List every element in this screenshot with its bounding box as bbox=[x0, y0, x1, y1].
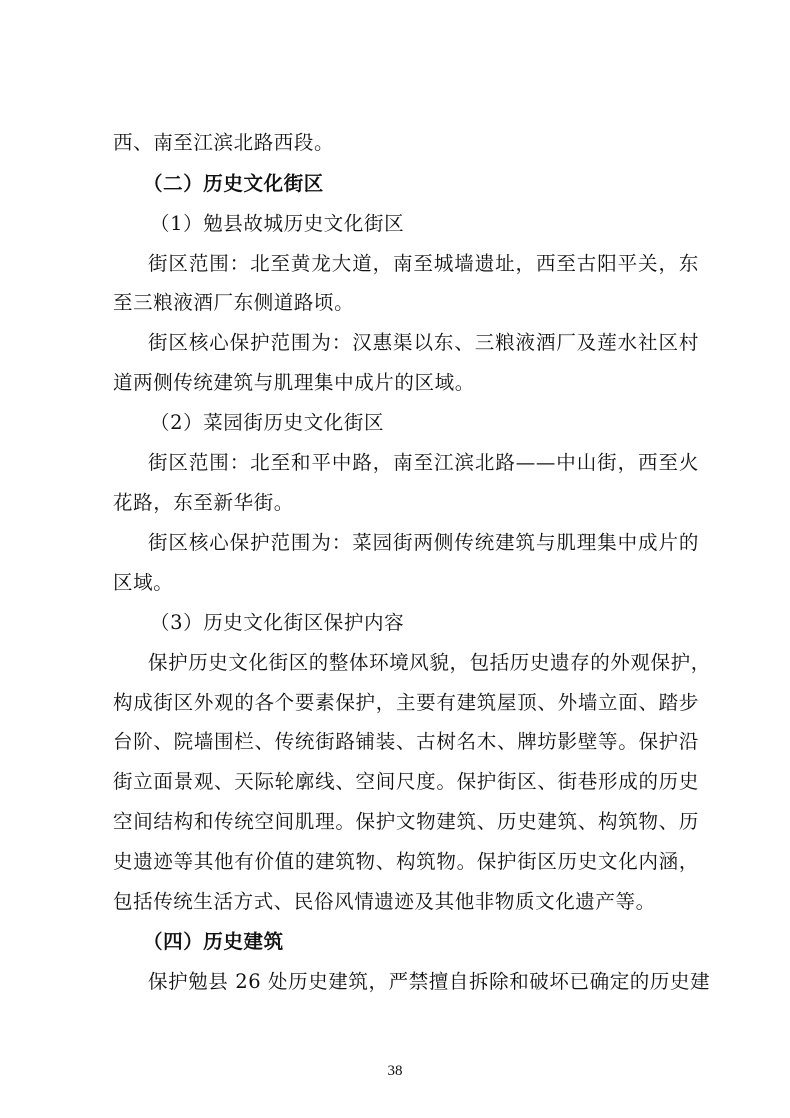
document-page: 西、南至江滨北路西段。 （二）历史文化街区 （1）勉县故城历史文化街区 街区范围… bbox=[0, 0, 790, 1118]
text-line: 包括传统生活方式、民俗风情遗迹及其他非物质文化遗产等。 bbox=[113, 889, 699, 915]
subsection-heading-mianxian-old-town: （1）勉县故城历史文化街区 bbox=[150, 211, 736, 237]
subsection-heading-caiyuan-street: （2）菜园街历史文化街区 bbox=[150, 410, 736, 436]
paragraph-line: 保护勉县 26 处历史建筑，严禁擅自拆除和破坏已确定的历史建 bbox=[148, 969, 699, 995]
text-line: 构成街区外观的各个要素保护，主要有建筑屋顶、外墙立面、踏步 bbox=[113, 690, 699, 716]
text-line: 花路，东至新华街。 bbox=[113, 490, 699, 516]
text-line: 台阶、院墙围栏、传统街路铺装、古树名木、牌坊影壁等。保护沿 bbox=[113, 729, 699, 755]
paragraph-line: 街区核心保护范围为：菜园街两侧传统建筑与肌理集中成片的 bbox=[148, 530, 699, 556]
text-line: 史遗迹等其他有价值的建筑物、构筑物。保护街区历史文化内涵， bbox=[113, 849, 699, 875]
text-line: 区域。 bbox=[113, 570, 699, 596]
text-line: 空间结构和传统空间肌理。保护文物建筑、历史建筑、构筑物、历 bbox=[113, 809, 699, 835]
paragraph-line: 街区范围：北至黄龙大道，南至城墙遗址，西至古阳平关，东 bbox=[148, 251, 699, 277]
paragraph-line: 保护历史文化街区的整体环境风貌，包括历史遗存的外观保护， bbox=[148, 650, 699, 676]
section-heading-historic-districts: （二）历史文化街区 bbox=[143, 171, 729, 197]
text-line: 西、南至江滨北路西段。 bbox=[113, 130, 699, 156]
page-number: 38 bbox=[0, 1063, 790, 1080]
section-heading-historic-buildings: （四）历史建筑 bbox=[143, 929, 729, 955]
text-line: 道两侧传统建筑与肌理集中成片的区域。 bbox=[113, 370, 699, 396]
text-line: 街立面景观、天际轮廓线、空间尺度。保护街区、街巷形成的历史 bbox=[113, 769, 699, 795]
paragraph-line: 街区核心保护范围为：汉惠渠以东、三粮液酒厂及莲水社区村 bbox=[148, 330, 699, 356]
subsection-heading-protection-content: （3）历史文化街区保护内容 bbox=[150, 610, 736, 636]
paragraph-line: 街区范围：北至和平中路，南至江滨北路——中山街，西至火 bbox=[148, 450, 699, 476]
text-line: 至三粮液酒厂东侧道路顷。 bbox=[113, 290, 699, 316]
